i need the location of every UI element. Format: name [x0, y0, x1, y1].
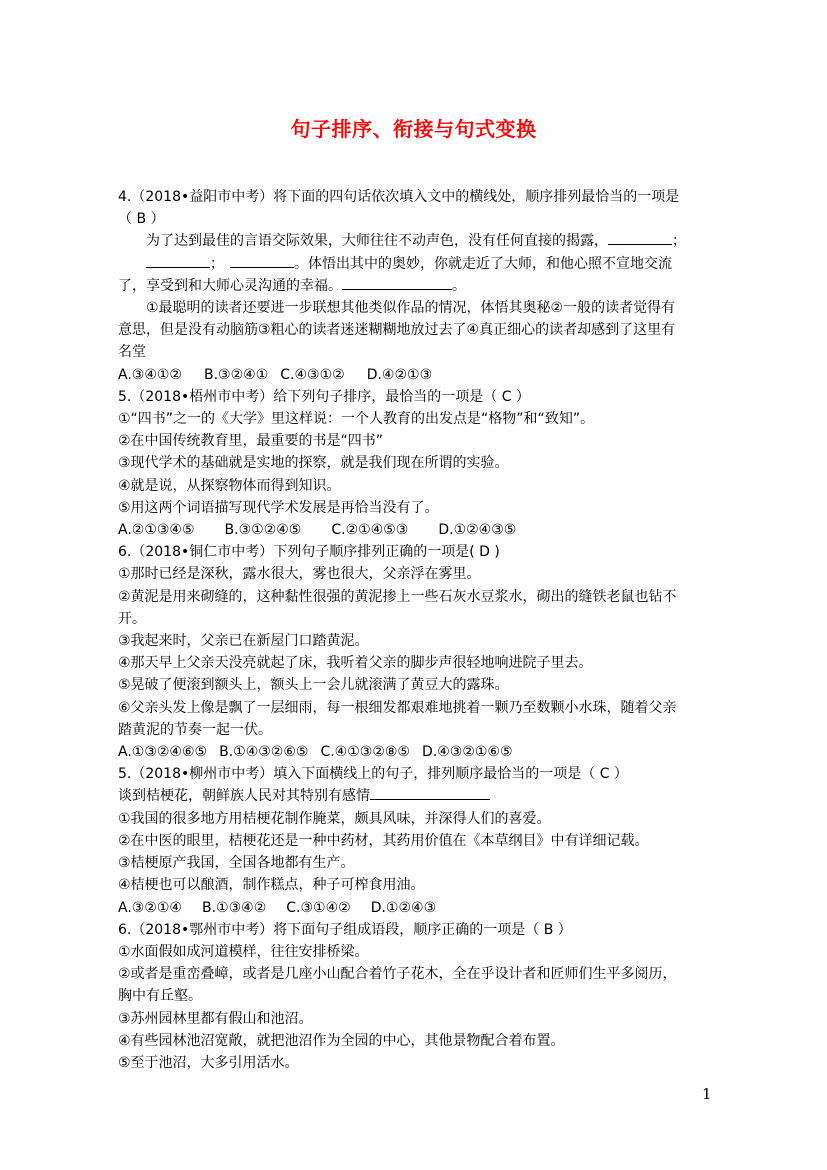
option-a: A.③②①④ — [118, 897, 182, 919]
answer-options: A.③④①②B.③②④①C.④③①②D.④②①③ — [118, 364, 714, 386]
sentence-item: ①那时已经是深秋，露水很大，雾也很大，父亲浮在雾里。 — [118, 563, 714, 585]
sentence-item: ②在中国传统教育里，最重要的书是“四书” — [118, 430, 714, 452]
sentence-item: ⑤晃破了便滚到额头上，额头上一会儿就滚满了黄豆大的露珠。 — [118, 674, 714, 696]
document-page: 句子排序、衔接与句式变换 4.（2018•益阳市中考）将下面的四句话依次填入文中… — [0, 0, 827, 1170]
option-a: A.②①③④⑤ — [118, 519, 195, 541]
question-stem-text: 将下面句子组成语段，顺序正确的一项是（ B ） — [273, 922, 572, 938]
sentence-item: ①“四书”之一的《大学》里这样说：一个人教育的出发点是“格物”和“致知”。 — [118, 408, 714, 430]
sentence-item: ②或者是重峦叠嶂，或者是几座小山配合着竹子花木，全在乎设计者和匠师们生平多阅历， — [118, 963, 714, 985]
sentence-line: 意思，但是没有动脑筋③粗心的读者迷迷糊糊地放过去了④真正细心的读者却感到了这里有 — [118, 319, 714, 341]
passage-line: 为了达到最佳的言语交际效果，大师往往不动声色，没有任何直接的揭露，； — [118, 230, 714, 252]
passage-line: ；。体悟出其中的奥妙，你就走近了大师，和他心照不宣地交流 — [118, 253, 714, 275]
answer-options: A.②①③④⑤B.③①②④⑤C.②①④⑤③D.①②④③⑤ — [118, 519, 714, 541]
question-stem-text: 下列句子顺序排列正确的一项是( D ) — [273, 544, 500, 560]
question-stem: 5.（2018•柳州市中考）填入下面横线上的句子，排列顺序最恰当的一项是（ C … — [118, 763, 714, 785]
sentence-item: ②黄泥是用来砌缝的，这种黏性很强的黄泥掺上一些石灰水豆浆水，砌出的缝铁老鼠也钻不 — [118, 586, 714, 608]
question-stem-text: 将下面的四句话依次填入文中的横线处，顺序排列最恰当的一项是 — [273, 189, 679, 205]
option-c: C.②①④⑤③ — [331, 519, 408, 541]
sentence-item: ⑤用这两个词语描写现代学术发展是再恰当没有了。 — [118, 497, 714, 519]
sentence-item: ①水面假如成河道模样，往往安排桥梁。 — [118, 941, 714, 963]
option-b: B.①③④② — [202, 897, 266, 919]
option-c: C.④③①② — [280, 364, 344, 386]
fill-blank — [146, 253, 210, 268]
page-number: 1 — [702, 1085, 712, 1103]
sentence-item: ③苏州园林里都有假山和池沼。 — [118, 1008, 714, 1030]
sentence-item: ⑥父亲头发上像是飘了一层细雨，每一根细发都艰难地挑着一颗乃至数颗小水珠，随着父亲 — [118, 697, 714, 719]
question-stem-text: 给下列句子排序，最恰当的一项是（ C ） — [273, 389, 530, 405]
option-a: A.③④①② — [118, 364, 182, 386]
answer-line: （ B ） — [118, 208, 714, 230]
sentence-item: ④那天早上父亲天没亮就起了床，我听着父亲的脚步声很轻地响进院子里去。 — [118, 652, 714, 674]
question-6-ezhou: 6.（2018•鄂州市中考）将下面句子组成语段，顺序正确的一项是（ B ） ①水… — [118, 919, 714, 1074]
sentence-item: ①我国的很多地方用桔梗花制作腌菜，颇具风味，并深得人们的喜爱。 — [118, 808, 714, 830]
sentence-item: ③我起来时，父亲已在新屋门口踏黄泥。 — [118, 630, 714, 652]
question-source: （2018•鄂州市中考） — [131, 922, 273, 938]
option-c: C.④①③②⑧⑤ — [320, 741, 410, 763]
sentence-item: ②在中医的眼里，桔梗花还是一种中药材，其药用价值在《本草纲目》中有详细记载。 — [118, 830, 714, 852]
question-stem: 4.（2018•益阳市中考）将下面的四句话依次填入文中的横线处，顺序排列最恰当的… — [118, 186, 714, 208]
option-d: D.①②④③⑤ — [438, 519, 516, 541]
fill-blank — [370, 785, 490, 800]
question-number: 6. — [118, 544, 131, 560]
fill-blank — [230, 253, 294, 268]
question-4-yiyang: 4.（2018•益阳市中考）将下面的四句话依次填入文中的横线处，顺序排列最恰当的… — [118, 186, 714, 386]
answer-options: A.③②①④B.①③④②C.③①④②D.①②④③ — [118, 897, 714, 919]
question-number: 4. — [118, 189, 131, 205]
passage-text: 。体悟出其中的奥妙，你就走近了大师，和他心照不宣地交流 — [294, 256, 672, 272]
question-5-wuzhou: 5.（2018•梧州市中考）给下列句子排序，最恰当的一项是（ C ） ①“四书”… — [118, 386, 714, 541]
question-stem: 6.（2018•铜仁市中考）下列句子顺序排列正确的一项是( D ) — [118, 541, 714, 563]
option-b: B.③①②④⑤ — [225, 519, 302, 541]
sentence-item: ③现代学术的基础就是实地的探察，就是我们现在所谓的实验。 — [118, 452, 714, 474]
question-source: （2018•柳州市中考） — [131, 766, 273, 782]
question-number: 6. — [118, 922, 131, 938]
punctuation: 。 — [452, 278, 466, 294]
option-c: C.③①④② — [286, 897, 350, 919]
sentence-item: 踏黄泥的节奏一起一伏。 — [118, 719, 714, 741]
question-source: （2018•铜仁市中考） — [131, 544, 273, 560]
fill-blank — [342, 275, 452, 290]
question-source: （2018•益阳市中考） — [131, 189, 273, 205]
question-stem: 6.（2018•鄂州市中考）将下面句子组成语段，顺序正确的一项是（ B ） — [118, 919, 714, 941]
answer-options: A.①③②④⑥⑤B.①④③②⑥⑤C.④①③②⑧⑤D.④③②①⑥⑤ — [118, 741, 714, 763]
passage-text: 了，享受到和大师心灵沟通的幸福。 — [118, 278, 342, 294]
sentence-line: 名堂 — [118, 341, 714, 363]
question-source: （2018•梧州市中考） — [131, 389, 273, 405]
option-d: D.①②④③ — [371, 897, 436, 919]
question-stem: 5.（2018•梧州市中考）给下列句子排序，最恰当的一项是（ C ） — [118, 386, 714, 408]
option-d: D.④②①③ — [367, 364, 432, 386]
document-body: 4.（2018•益阳市中考）将下面的四句话依次填入文中的横线处，顺序排列最恰当的… — [118, 186, 714, 1074]
sentence-item: ④有些园林池沼宽敞，就把池沼作为全园的中心，其他景物配合着布置。 — [118, 1030, 714, 1052]
passage-line: 了，享受到和大师心灵沟通的幸福。。 — [118, 275, 714, 297]
option-d: D.④③②①⑥⑤ — [422, 741, 513, 763]
question-stem-text: 填入下面横线上的句子，排列顺序最恰当的一项是（ C ） — [273, 766, 628, 782]
question-number: 5. — [118, 389, 131, 405]
lead-sentence: 谈到桔梗花，朝鲜族人民对其特别有感情 — [118, 785, 714, 807]
fill-blank — [608, 230, 672, 245]
option-b: B.①④③②⑥⑤ — [219, 741, 308, 763]
sentence-item: ④桔梗也可以酿酒，制作糕点，种子可榨食用油。 — [118, 874, 714, 896]
question-5-liuzhou: 5.（2018•柳州市中考）填入下面横线上的句子，排列顺序最恰当的一项是（ C … — [118, 763, 714, 918]
sentence-item: 胸中有丘壑。 — [118, 985, 714, 1007]
option-a: A.①③②④⑥⑤ — [118, 741, 207, 763]
sentence-item: ③桔梗原产我国，全国各地都有生产。 — [118, 852, 714, 874]
sentence-line: ①最聪明的读者还要进一步联想其他类似作品的情况，体悟其奥秘②一般的读者觉得有 — [118, 297, 714, 319]
sentence-item: ⑤至于池沼，大多引用活水。 — [118, 1052, 714, 1074]
question-6-tongren: 6.（2018•铜仁市中考）下列句子顺序排列正确的一项是( D ) ①那时已经是… — [118, 541, 714, 763]
question-number: 5. — [118, 766, 131, 782]
passage-text: 为了达到最佳的言语交际效果，大师往往不动声色，没有任何直接的揭露， — [146, 233, 608, 249]
option-b: B.③②④① — [204, 364, 268, 386]
lead-text: 谈到桔梗花，朝鲜族人民对其特别有感情 — [118, 788, 370, 804]
punctuation: ； — [672, 233, 686, 249]
document-title: 句子排序、衔接与句式变换 — [0, 113, 827, 142]
punctuation: ； — [210, 256, 224, 272]
sentence-item: 开。 — [118, 608, 714, 630]
sentence-item: ④就是说，从探察物体而得到知识。 — [118, 475, 714, 497]
